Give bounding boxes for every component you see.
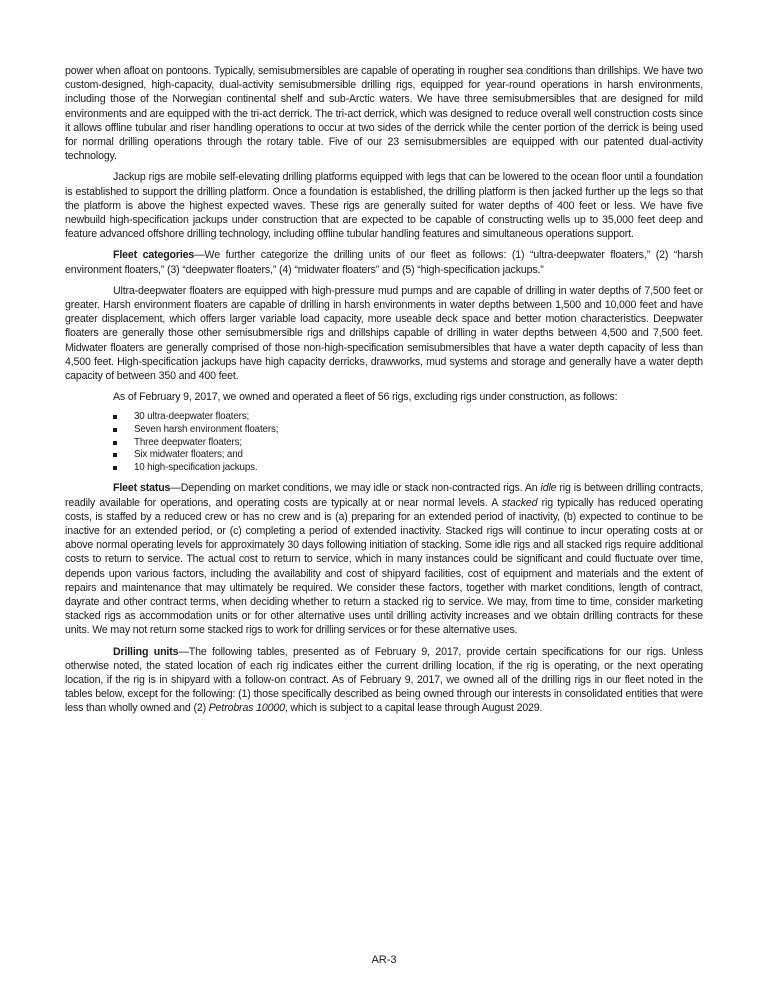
stacked-term: stacked xyxy=(502,497,537,509)
fleet-status-heading: Fleet status xyxy=(113,482,170,494)
rig-name: Petrobras 10000 xyxy=(209,702,285,714)
paragraph-fleet-summary: As of February 9, 2017, we owned and ope… xyxy=(65,390,703,404)
page-number: AR-3 xyxy=(0,954,768,966)
paragraph-fleet-status: Fleet status—Depending on market conditi… xyxy=(65,481,703,637)
drilling-units-heading: Drilling units xyxy=(113,646,178,658)
fleet-composition-list: 30 ultra-deepwater floaters; Seven harsh… xyxy=(65,411,703,474)
list-item: 10 high-specification jackups. xyxy=(65,462,703,475)
bullet-square-icon xyxy=(113,441,117,445)
list-item: Six midwater floaters; and xyxy=(65,449,703,462)
paragraph-category-definitions: Ultra-deepwater floaters are equipped wi… xyxy=(65,284,703,383)
fleet-categories-heading: Fleet categories xyxy=(113,249,194,261)
bullet-square-icon xyxy=(113,453,117,457)
bullet-square-icon xyxy=(113,428,117,432)
list-item: Seven harsh environment floaters; xyxy=(65,424,703,437)
paragraph-drilling-units: Drilling units—The following tables, pre… xyxy=(65,645,703,716)
idle-term: idle xyxy=(541,482,557,494)
list-item: Three deepwater floaters; xyxy=(65,437,703,450)
document-page: power when afloat on pontoons. Typically… xyxy=(65,64,703,716)
paragraph-fleet-categories: Fleet categories—We further categorize t… xyxy=(65,248,703,276)
paragraph-semisubmersibles: power when afloat on pontoons. Typically… xyxy=(65,64,703,163)
bullet-square-icon xyxy=(113,466,117,470)
bullet-square-icon xyxy=(113,415,117,419)
list-item: 30 ultra-deepwater floaters; xyxy=(65,411,703,424)
paragraph-jackup-rigs: Jackup rigs are mobile self-elevating dr… xyxy=(65,170,703,241)
